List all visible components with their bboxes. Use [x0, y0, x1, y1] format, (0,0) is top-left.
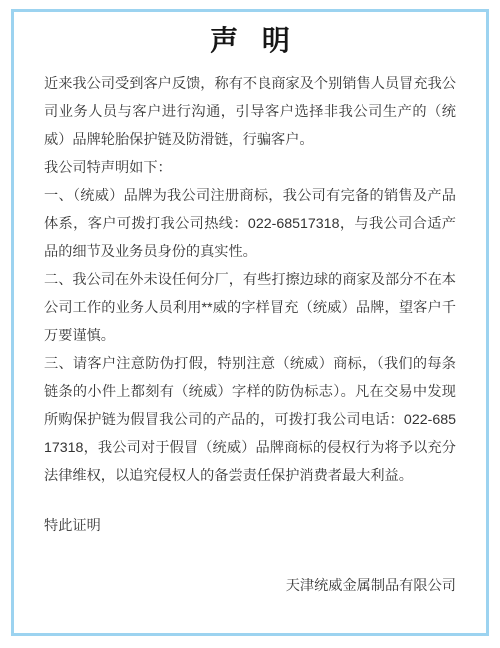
closing-note: 特此证明 [44, 512, 456, 540]
intro-paragraph: 近来我公司受到客户反馈，称有不良商家及个别销售人员冒充我公司业务人员与客户进行沟… [44, 70, 456, 154]
declaration-item-1: 一、（统威）品牌为我公司注册商标，我公司有完备的销售及产品体系，客户可拨打我公司… [44, 182, 456, 266]
statement-document: 声 明 近来我公司受到客户反馈，称有不良商家及个别销售人员冒充我公司业务人员与客… [0, 0, 500, 648]
document-border: 声 明 近来我公司受到客户反馈，称有不良商家及个别销售人员冒充我公司业务人员与客… [11, 9, 489, 636]
declaration-lead: 我公司特声明如下： [44, 154, 456, 182]
declaration-item-3: 三、请客户注意防伪打假，特别注意（统威）商标，（我们的每条链条的小件上都刻有（统… [44, 350, 456, 490]
declaration-item-2: 二、我公司在外未设任何分厂，有些打擦边球的商家及部分不在本公司工作的业务人员利用… [44, 266, 456, 350]
company-signature: 天津统威金属制品有限公司 [44, 572, 456, 600]
document-title: 声 明 [44, 24, 456, 58]
